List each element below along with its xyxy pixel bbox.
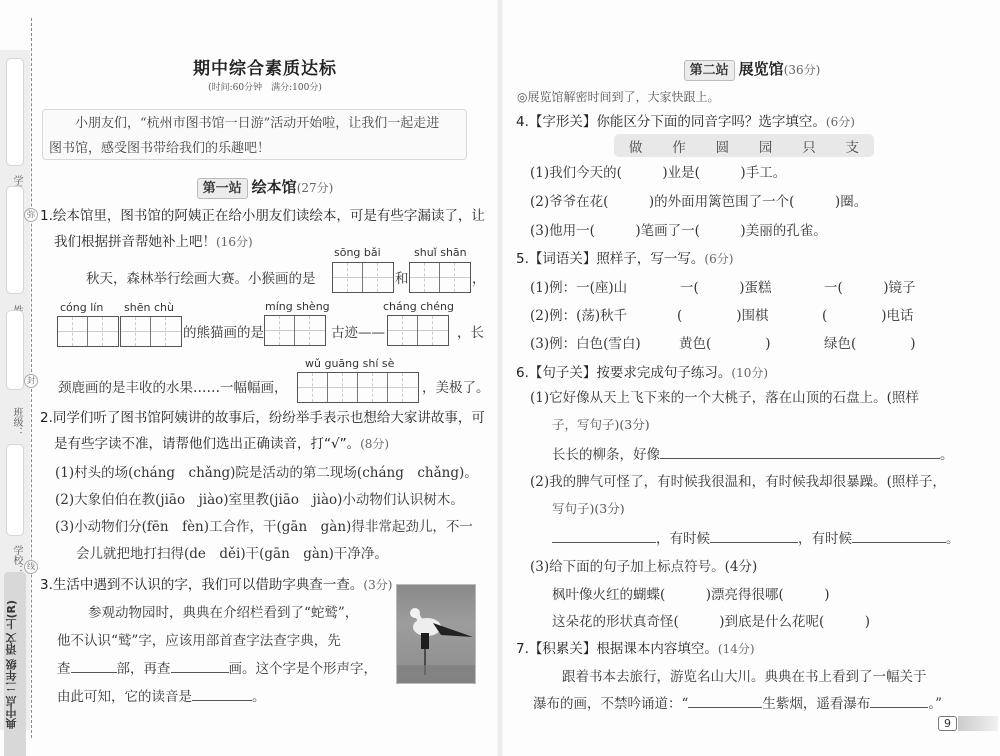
choice-char: 做	[629, 136, 643, 156]
q2-item-2[interactable]: (2)大象伯伯在教(jiāo jiào)室里教(jiāo jiào)小动物们认识…	[55, 487, 464, 513]
q3-paragraph-4: 由此可知，它的读音是。	[57, 684, 266, 710]
q3-paragraph-2: 他不认识“鹫”字，应该用部首查字法查字典，先	[57, 628, 341, 654]
question-1-line-1: 1.绘本馆里，图书馆的阿姨正在给小朋友们读绘本，可是有些字漏读了，让	[40, 203, 485, 229]
q7-paragraph-2: 瀑布的画，不禁吟诵道：“生紫烟，遥看瀑布。”	[533, 691, 942, 717]
q4-item-2[interactable]: (2)爷爷在花( )的外面用篱笆围了一个( )圈。	[530, 189, 867, 215]
class-field[interactable]	[6, 310, 24, 390]
question-5-title: 5.【词语关】照样子，写一写。(6分)	[516, 246, 733, 272]
q2-item-3[interactable]: (3)小动物们分(fēn fèn)工合作，干(gān gàn)得非常起劲儿，不一	[55, 514, 473, 540]
station-name: 绘本馆	[252, 178, 297, 196]
page-gutter	[497, 0, 503, 756]
question-3-points: (3分)	[363, 578, 392, 592]
q6-punctuation-b[interactable]: 这朵花的形状真奇怪( )到底是什么花呢( )	[552, 609, 870, 635]
station-points: (27分)	[297, 181, 334, 195]
pinyin-shenchu: shēn chù	[124, 301, 174, 314]
q6-punctuation-a[interactable]: 枫叶像火红的蝴蝶( )漂亮得很哪( )	[552, 582, 830, 608]
q5-row-2-blank-b[interactable]: ( )电话	[822, 303, 914, 329]
seal-mark-mi: 弥	[24, 208, 38, 222]
q1-row3-text-b: ，美极了。	[422, 375, 490, 401]
page-number-bar	[958, 716, 998, 731]
station-points: (36分)	[784, 63, 821, 77]
question-7-title: 7.【积累关】根据课本内容填空。(14分)	[516, 636, 755, 662]
q5-row-2-example: (2)例：(荡)秋千	[530, 303, 627, 329]
binding-strip: 学号： 姓名： 班级： 学校： 典中点 二年级 语文 上(R)	[0, 50, 30, 730]
pinyin-changcheng: cháng chéng	[383, 300, 454, 313]
q1-row1-he: 和	[395, 266, 409, 292]
question-6-points: (10分)	[731, 366, 768, 380]
answer-grid-changcheng[interactable]	[387, 315, 449, 346]
seal-mark-xian: 线	[24, 560, 38, 574]
q1-row3-text-a: 颈鹿画的是丰收的水果……一幅幅画，	[58, 375, 288, 401]
question-4-points: (6分)	[826, 115, 855, 129]
student-id-field[interactable]	[6, 58, 24, 166]
q6-sentence-1-answer: 长长的柳条，好像。	[552, 442, 954, 468]
answer-grid-songbai[interactable]	[332, 262, 394, 293]
question-4-title: 4.【字形关】你能区分下面的同音字吗？选字填空。(6分)	[516, 109, 855, 135]
station-2-header: 第二站展览馆(36分)	[512, 58, 992, 81]
class-label: 班级：	[6, 402, 24, 442]
page-number: 9	[938, 716, 957, 731]
q3-paragraph-3: 查部，再查画。这个字是个形声字，	[57, 656, 377, 682]
question-3-line-1: 3.生活中遇到不认识的字，我们可以借助字典查一查。(3分)	[40, 572, 392, 598]
answer-grid-conglin-shenchu[interactable]	[57, 316, 182, 347]
name-field[interactable]	[6, 186, 24, 294]
intro-box: 小朋友们，“杭州市图书馆一日游”活动开始啦，让我们一起走进 图书馆，感受图书带给…	[42, 109, 467, 160]
intro-line-1: 小朋友们，“杭州市图书馆一日游”活动开始啦，让我们一起走进	[49, 111, 460, 136]
choice-char: 园	[759, 136, 773, 156]
q1-row2-text-b: 古迹——	[331, 320, 385, 346]
choice-char: 作	[672, 136, 686, 156]
book-series-label: 典中点 二年级 语文 上(R)	[4, 572, 26, 756]
question-2-line-1: 2.同学们听了图书馆阿姨讲的故事后，纷纷举手表示也想给大家讲故事，可	[40, 405, 485, 431]
exhibition-note: ◎展览馆解密时间到了，大家快跟上。	[517, 84, 719, 110]
q6-punctuation-title: (3)给下面的句子加上标点符号。(4分)	[530, 554, 757, 580]
answer-grid-shuishan[interactable]	[409, 262, 471, 293]
q6-sentence-2-answer: ，有时候，有时候。	[552, 526, 960, 552]
workbook-spread: 学号： 姓名： 班级： 学校： 典中点 二年级 语文 上(R) 弥 封 线 期中…	[0, 0, 1000, 756]
q5-row-1-blank-b[interactable]: 一( )镜子	[824, 275, 916, 301]
pinyin-conglin: cóng lín	[60, 301, 103, 314]
bird-illustration-icon	[397, 585, 476, 684]
choice-char: 支	[846, 136, 860, 156]
question-1-line-2: 我们根据拼音帮她补上吧！(16分)	[54, 229, 253, 255]
q6-sentence-2-instruction: 写句子)(3分)	[552, 496, 625, 522]
q1-row1-comma: ，	[472, 266, 486, 292]
question-6-title: 6.【句子关】按要求完成句子练习。(10分)	[516, 360, 768, 386]
pinyin-wuguangshise: wǔ guāng shí sè	[305, 357, 394, 370]
q5-row-1-example: (1)例：一(座)山	[530, 275, 627, 301]
q3-paragraph-1: 参观动物园时，典典在介绍栏看到了“蛇鹫”，	[88, 600, 358, 626]
q2-item-3-cont[interactable]: 会儿就把地打扫得(de děi)干(gān gàn)干净净。	[76, 541, 388, 567]
sometimes-blank-1[interactable]	[552, 527, 656, 543]
pinyin-shuishan: shuǐ shān	[414, 246, 467, 259]
exam-title: 期中综合素质达标	[40, 54, 490, 79]
q5-row-1-blank-a[interactable]: 一( )蛋糕	[680, 275, 772, 301]
stroke-count-blank[interactable]	[171, 657, 229, 673]
pinyin-songbai: sōng bǎi	[334, 246, 381, 259]
q1-row2-text-a: 的熊猫画的是	[183, 320, 264, 346]
seal-mark-feng: 封	[24, 374, 38, 388]
answer-grid-mingsheng[interactable]	[264, 315, 326, 346]
q2-item-1[interactable]: (1)村头的场(cháng chǎng)院是活动的第二现场(cháng chǎn…	[55, 460, 478, 486]
sometimes-blank-3[interactable]	[852, 527, 946, 543]
exam-subtitle: (时间:60分钟 满分:100分)	[40, 80, 490, 93]
question-5-points: (6分)	[704, 252, 733, 266]
q6-sentence-1-instruction: 子，写句子)(3分)	[552, 412, 650, 438]
choice-char: 只	[802, 136, 816, 156]
simile-answer-blank[interactable]	[660, 443, 940, 459]
question-1-points: (16分)	[216, 235, 253, 249]
q5-row-3-example: (3)例：白色(雪白)	[530, 331, 641, 357]
q4-item-1[interactable]: (1)我们今天的( )业是( )手工。	[530, 160, 786, 186]
question-2-points: (8分)	[360, 437, 389, 451]
poem-blank-2[interactable]	[870, 692, 928, 708]
pronunciation-blank[interactable]	[192, 685, 252, 701]
q1-row2-text-c: ，长	[457, 320, 484, 346]
character-choices: 做 作 圆 园 只 支	[614, 134, 874, 157]
school-field[interactable]	[6, 444, 24, 536]
poem-blank-1[interactable]	[688, 692, 762, 708]
q6-sentence-1: (1)它好像从天上飞下来的一个大桃子，落在山顶的石盘上。(照样	[530, 385, 919, 411]
sometimes-blank-2[interactable]	[710, 527, 798, 543]
q7-paragraph-1: 跟着书本去旅行，游览名山大川。典典在书上看到了一幅关于	[562, 664, 927, 690]
station-tag: 第一站	[197, 178, 248, 199]
station-1-header: 第一站绘本馆(27分)	[40, 176, 490, 199]
q6-sentence-2: (2)我的脾气可怪了，有时候我很温和，有时候我却很暴躁。(照样子，	[530, 469, 946, 495]
secretary-bird-photo	[396, 584, 476, 684]
answer-grid-wuguangshise[interactable]	[297, 372, 419, 403]
station-name: 展览馆	[739, 60, 784, 78]
intro-line-2: 图书馆，感受图书带给我们的乐趣吧！	[49, 136, 460, 161]
radical-blank[interactable]	[71, 657, 117, 673]
question-7-points: (14分)	[718, 642, 755, 656]
station-tag: 第二站	[684, 60, 735, 81]
choice-char: 圆	[716, 136, 730, 156]
question-2-line-2: 是有些字读不准，请帮他们选出正确读音，打“√”。(8分)	[54, 431, 389, 457]
q4-item-3[interactable]: (3)他用一( )笔画了一( )美丽的孔雀。	[530, 218, 827, 244]
q5-row-3-blank-a[interactable]: 黄色( )	[679, 331, 771, 357]
q5-row-2-blank-a[interactable]: ( )围棋	[677, 303, 769, 329]
q1-row1-text: 秋天，森林举行绘画大赛。小猴画的是	[86, 266, 316, 292]
pinyin-mingsheng: míng shèng	[265, 300, 330, 313]
q5-row-3-blank-b[interactable]: 绿色( )	[824, 331, 916, 357]
